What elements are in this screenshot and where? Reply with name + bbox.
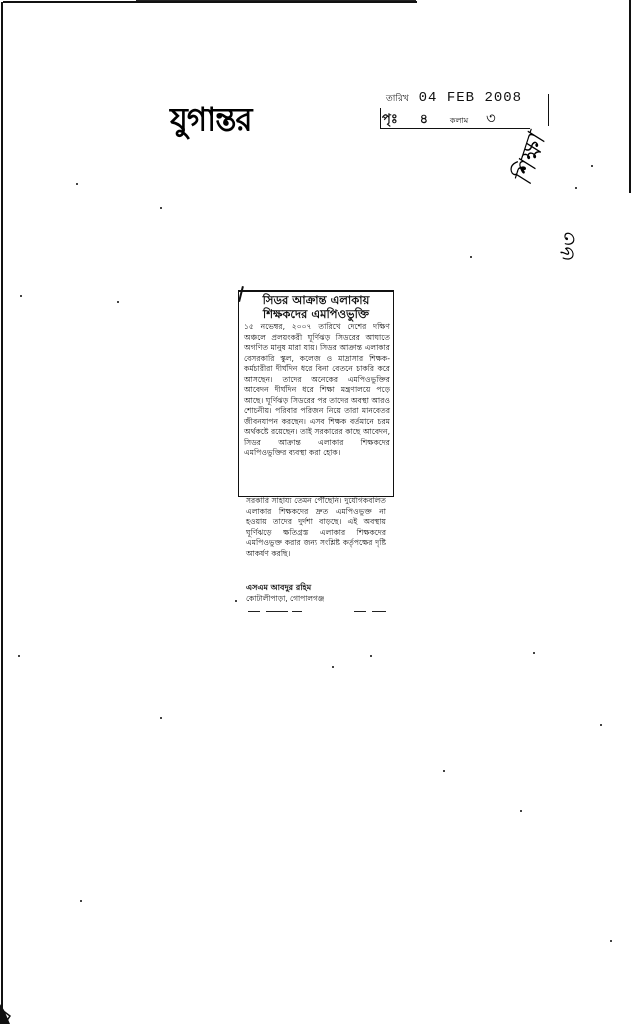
scan-corner-fold-icon — [0, 1004, 20, 1024]
article-headline: সিডর আক্রান্ত এলাকায় শিক্ষকদের এমপিওভুক… — [246, 293, 386, 321]
cut-line-dash — [248, 611, 260, 612]
scan-speck — [575, 187, 577, 189]
article-signature-location: কোটালীপাড়া, গোপালগঞ্জ — [246, 594, 324, 604]
date-stamp: তারিখ 04 FEB 2008 পৃঃ ৪ কলাম ৩ — [378, 90, 550, 134]
article-signature-name: এসএম আবদুর রহিম — [246, 583, 311, 593]
stamp-page-label: পৃঃ — [382, 112, 398, 127]
stamp-border-right — [548, 94, 549, 126]
scan-speck — [160, 717, 162, 719]
scan-speck — [600, 724, 602, 726]
scan-frame-left-border — [1, 2, 3, 1012]
stamp-border-bottom — [380, 128, 530, 129]
scan-speck — [332, 666, 334, 668]
scan-speck — [520, 810, 522, 812]
cut-line-dash — [354, 611, 366, 612]
scan-frame-right-border — [629, 0, 631, 193]
scan-frame-top-border-secondary — [136, 0, 416, 1]
scan-speck — [20, 295, 22, 297]
scan-frame-top-border — [3, 1, 417, 3]
scan-speck — [443, 770, 445, 772]
stamp-column-number: ৩ — [486, 109, 496, 127]
scan-speck — [160, 207, 162, 209]
stamp-border-left — [380, 108, 381, 128]
stamp-date-row: তারিখ 04 FEB 2008 — [386, 90, 522, 106]
stamp-date-value: 04 FEB 2008 — [419, 90, 522, 106]
scan-speck — [370, 655, 372, 657]
article-body: ১৫ নভেম্বর, ২০০৭ তারিখে দেশের দক্ষিণ অঞ্… — [244, 322, 390, 459]
article-body-paragraph: ১৫ নভেম্বর, ২০০৭ তারিখে দেশের দক্ষিণ অঞ্… — [244, 322, 390, 459]
cut-line-dash — [372, 611, 386, 612]
scan-speck — [610, 940, 612, 942]
stamp-page-number: ৪ — [420, 112, 428, 127]
cut-line-dash — [266, 611, 288, 612]
cut-line-dash — [292, 611, 302, 612]
article-body-continued: সরকারি সাহায্য তেমন পৌঁছেনি। দুর্যোগকবলি… — [246, 496, 386, 559]
scan-speck — [117, 301, 119, 303]
scan-speck — [533, 652, 535, 654]
stamp-date-label: তারিখ — [386, 94, 409, 104]
scan-speck — [76, 183, 78, 185]
headline-line-1: সিডর আক্রান্ত এলাকায় — [246, 293, 386, 307]
scan-speck — [18, 655, 20, 657]
stamp-column-label: কলাম — [450, 116, 468, 125]
handwritten-number: ৬৩ — [549, 231, 590, 266]
scan-speck — [80, 900, 82, 902]
scan-speck — [591, 165, 593, 167]
scan-speck — [235, 600, 237, 602]
headline-line-2: শিক্ষকদের এমপিওভুক্তি — [246, 307, 386, 321]
handwritten-annotation: শিক্ষা — [502, 129, 560, 192]
newspaper-masthead: যুগান্তর — [170, 95, 252, 150]
scan-speck — [470, 256, 472, 258]
